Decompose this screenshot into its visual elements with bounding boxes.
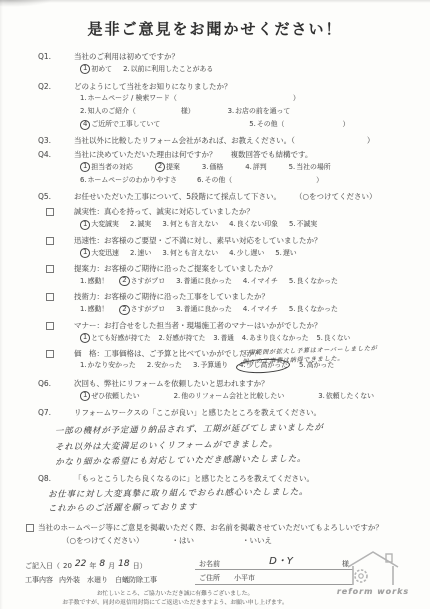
name-label: お名前 (199, 560, 220, 569)
work-content: 工事内容 内外装 水廻り 白蟻防除工事 (25, 576, 195, 585)
option-label: イマイチ (250, 277, 277, 286)
thanks-line: お手数ですが、同封の返信用封筒にてご返送いただきますよう、お願い申し上げます。 (62, 600, 288, 606)
question-q1: Q1. 当社のご利用は初めてですか？ (38, 52, 430, 61)
option-label: 当社の場所 (296, 163, 330, 172)
option-label: 少し遅い (237, 249, 265, 258)
option-label: さすがプロ (131, 305, 165, 314)
option: 2.安かった (147, 361, 182, 370)
option-label: 予算通り (201, 361, 229, 370)
question-text: 当社以外に比較したリフォーム会社があれば、お教えください。（ (74, 136, 295, 145)
option-number: 1. (80, 94, 87, 103)
option-label: 大変迅速 (91, 249, 119, 258)
option: 3.何とも言えない (162, 220, 218, 229)
option: 4.あまり良くなかった (242, 334, 309, 342)
circled-number: 1 (80, 333, 90, 343)
checkbox-icon (26, 524, 34, 532)
option-number: 4. (243, 305, 250, 314)
question-number: Q4. (38, 150, 74, 159)
option-label: 普通に良かった (184, 277, 232, 286)
option-label: 良くない印象 (237, 220, 278, 229)
option: 1.かなり安かった (80, 361, 136, 370)
rating-options: 1.感動！ 2さすがプロ 3.普通に良かった 4.イマイチ 5.良くなかった (80, 276, 430, 286)
circled-number: 1 (80, 248, 90, 258)
option-label: 以前に利用したことがある (131, 65, 214, 74)
option-q1-2: 2.以前に利用したことがある (123, 65, 213, 74)
question-number: Q7. (38, 408, 74, 417)
date-label: ご記入日 (25, 562, 53, 571)
option-label: ご近所で工事していて (91, 120, 160, 129)
option-label: お店の前を通って (235, 107, 290, 116)
option-q6-2: 2.他のリフォーム会社と比較したい (174, 392, 285, 401)
option: 1大変誠実 (80, 220, 119, 230)
option-q4-6: 6.ホームページのわかりやすさ (80, 176, 177, 185)
handwriting-line: これからのご活躍を願っております (48, 503, 197, 515)
rating-item-price: 価 格：工事価格は、ご予算と比べていかがでしたか？ 工事範囲が拡大し予算はオーバ… (46, 349, 430, 358)
option-label: 不誠実 (297, 220, 318, 229)
option-number: 3. (228, 107, 235, 116)
close-paren: ） (316, 176, 323, 185)
question-note: （○をつけてください） (295, 192, 377, 201)
handwriting-line: それ以外は大変満足のいくリフォームができました。 (55, 439, 278, 452)
option-label: とても好感が持てた (91, 334, 150, 342)
option-q4-1: 1担当者の対応 (80, 162, 133, 172)
option-number: 6. (197, 176, 204, 185)
circled-number: 2 (119, 276, 129, 286)
option-label: 初めて (91, 65, 112, 74)
option-q4-3: 3.価格 (202, 163, 223, 172)
house-icon (343, 549, 403, 587)
handwritten-answer-q7: 一部の機材が予定通り納品されず、工期が延びてしまいましたが それ以外は大変満足の… (55, 420, 430, 472)
question-text: 当社のご利用は初めてですか？ (74, 52, 179, 61)
circled-number: 1 (80, 220, 90, 230)
rating-item-manner: マナー：お打合せをした担当者・現場施工者のマナーはいかがでしたか？ (46, 321, 430, 330)
option-number: 5. (249, 120, 256, 129)
option-number: 2. (174, 392, 181, 401)
handwritten-year: 22 (75, 559, 86, 570)
question-text: 次回も、弊社にリフォームを依頼したいと思われますか？ (74, 379, 269, 388)
consent-no: ・いいえ (242, 536, 272, 545)
handwritten-day: 18 (118, 559, 129, 570)
circled-number: 2 (119, 305, 129, 315)
q2-options-line1: 1.ホームページ / 検索ワード（） (80, 94, 430, 103)
option-number: 3. (318, 392, 325, 401)
option-number: 2. (123, 65, 130, 74)
question-q3: Q3. 当社以外に比較したリフォーム会社があれば、お教えください。（ ） (38, 136, 430, 145)
consent-text: 当社のホームページ等にご意見を掲載いただく際、お名前を掲載させていただいてもよろ… (38, 523, 383, 532)
option-number: 4. (229, 220, 236, 229)
option-number: 5. (289, 277, 296, 286)
address-label: ご住所 (199, 574, 220, 583)
option-q6-3: 3.依頼したくない (318, 392, 374, 401)
option: 3.普通に良かった (176, 277, 232, 286)
address-field: ご住所 小平市 (195, 574, 353, 585)
option-label: 大変誠実 (91, 220, 119, 229)
circled-number: 1 (80, 162, 90, 172)
paren: （ (53, 562, 60, 571)
option-label: 普通に良かった (184, 305, 232, 314)
option: 1.感動！ (80, 305, 108, 314)
option-q2-5: 5.その他（） (249, 120, 349, 129)
footer-row-work-address: 工事内容 内外装 水廻り 白蟻防除工事 ご住所 小平市 (25, 574, 355, 585)
option: 5.良くなかった (289, 277, 338, 286)
option-label: さすがプロ (131, 277, 165, 286)
circled-number: 4 (80, 120, 90, 130)
option-number: 3. (162, 249, 169, 258)
option-label: 速い (138, 249, 152, 258)
option-number: 3. (176, 305, 183, 314)
date-century: 20 (63, 562, 72, 571)
item-name: 迅速性： (74, 236, 104, 245)
rating-item-proposal: 提案力：お客様のご期待に沿ったご提案をしていましたか？ (46, 264, 430, 273)
option-number: 2. (80, 107, 87, 116)
question-number: Q2. (38, 82, 74, 91)
option-q4-2: 2提案 (155, 162, 180, 172)
annotation-line: 個々の工事費は納得できました。 (242, 355, 344, 366)
gear-icon (355, 570, 367, 582)
option-number: 3. (213, 334, 219, 342)
option: 4.少し遅い (229, 249, 264, 258)
close-paren: ） (367, 136, 375, 145)
item-text: お客様のご期待に沿った工事をしていましたか？ (104, 292, 269, 301)
option: 5.不誠実 (289, 220, 317, 229)
option-label: 遅い (283, 249, 297, 258)
question-note: 複数回答でも結構です。 (231, 150, 313, 159)
thanks-line: お忙しいところ、ご協力いただき誠に有難うございました。 (97, 591, 254, 597)
checkbox-icon (46, 350, 54, 358)
option-number: 5. (289, 220, 296, 229)
option: 3.予算通り (193, 361, 228, 370)
reform-works-logo: reform works (332, 549, 414, 597)
q2-options-line3: 4ご近所で工事していて 5.その他（） (80, 120, 430, 130)
item-text: 工事価格は、ご予算と比べていかがでしたか？ (104, 349, 262, 358)
option-number: 5. (289, 163, 296, 172)
close-paren: ） (293, 94, 300, 103)
blank-field (295, 136, 367, 145)
option-label: 感動！ (88, 305, 109, 314)
question-number: Q6. (38, 379, 74, 388)
month-unit: 月 (108, 562, 115, 571)
option-label: かなり安かった (88, 361, 136, 370)
option-number: 1. (80, 305, 87, 314)
circled-number: 1 (80, 391, 90, 401)
question-text: お任せいただいた工事について、5段階にて採点して下さい。 (74, 192, 281, 201)
work-value: 内外装 水廻り 白蟻防除工事 (59, 576, 157, 585)
option-label: ホームページ / 検索ワード（ (88, 94, 177, 103)
item-name: マナー： (74, 321, 104, 330)
option-label: 良くなかった (297, 277, 338, 286)
option-number: 4. (242, 334, 248, 342)
circled-number: 1 (80, 64, 90, 74)
close-paren: ） (342, 120, 349, 129)
option-number: 2. (147, 361, 154, 370)
rating-options: 1.感動！ 2さすがプロ 3.普通に良かった 4.イマイチ 5.良くなかった (80, 305, 430, 315)
option-label: 担当者の対応 (91, 163, 132, 172)
option-label: 提案 (166, 163, 180, 172)
handwritten-answer-q8: お仕事に対し大変真摯に取り組んでおられ感心いたしました。 これからのご活躍を願っ… (48, 484, 430, 516)
option-q4-7: 6.その他（） (197, 176, 323, 185)
option-label: ぜひ依頼したい (91, 392, 139, 401)
question-q4: Q4. 当社に決めていただいた理由は何ですか？ 複数回答でも結構です。 (38, 150, 430, 159)
item-text: お打合せをした担当者・現場施工者のマナーはいかがでしたか？ (104, 321, 322, 330)
name-field: お名前 D・Y 様 (195, 556, 353, 571)
option: 3.普通 (213, 334, 233, 342)
checkbox-icon (46, 322, 54, 330)
option: 4.良くない印象 (229, 220, 278, 229)
option: 1とても好感が持てた (80, 333, 151, 343)
option-q2-2: 2.知人のご紹介（様） (80, 107, 195, 116)
rating-options: 1とても好感が持てた 2.好感が持てた 3.普通 4.あまり良くなかった 5.良… (80, 333, 430, 343)
consent-yes: ・はい (172, 536, 195, 545)
option-label: 価格 (209, 163, 223, 172)
option-label: 普通 (221, 334, 234, 342)
option-label: 依頼したくない (326, 392, 374, 401)
option-label: 評判 (253, 163, 267, 172)
option-number: 5. (289, 305, 296, 314)
handwriting-line: お仕事に対し大変真摯に取り組んでおられ感心いたしました。 (48, 487, 308, 500)
question-q6: Q6. 次回も、弊社にリフォームを依頼したいと思われますか？ (38, 379, 430, 388)
question-number: Q3. (38, 136, 74, 145)
handwritten-name: D・Y (269, 556, 293, 569)
thanks-note: お忙しいところ、ご協力いただき誠に有難うございました。 お手数ですが、同封の返信… (25, 590, 325, 608)
item-text: 真心を持って、誠実に対応していましたか？ (104, 207, 254, 216)
checkbox-icon (46, 293, 54, 301)
option-q2-1: 1.ホームページ / 検索ワード（） (80, 94, 300, 103)
option-label: 他のリフォーム会社と比較したい (181, 392, 284, 401)
item-name: 技術力： (74, 292, 104, 301)
option-label: 安かった (154, 361, 182, 370)
consent-options: （○をつけてください） ・はい ・いいえ (62, 536, 430, 545)
rating-item-technique: 技術力：お客様のご期待に沿った工事をしていましたか？ (46, 292, 430, 301)
option: 5.遅い (275, 249, 296, 258)
option-number: 3. (162, 220, 169, 229)
work-label: 工事内容 (25, 576, 53, 585)
option-number: 5. (275, 249, 282, 258)
q2-options-line2: 2.知人のご紹介（様） 3.お店の前を通って (80, 107, 430, 116)
item-name: 提案力： (74, 264, 104, 273)
checkbox-icon (46, 265, 54, 273)
q4-options-line1: 1担当者の対応 2提案 3.価格 4.評判 5.当社の場所 (80, 162, 430, 172)
option: 1大変迅速 (80, 248, 119, 258)
option: 2さすがプロ (119, 276, 165, 286)
question-number: Q8. (38, 474, 74, 483)
option: 5.良くない (317, 334, 351, 342)
question-text: リフォームワークスの「ここが良い」と感じたところを教えてください。 (74, 408, 321, 417)
option-q6-1: 1ぜひ依頼したい (80, 391, 140, 401)
handwritten-month: 8 (99, 559, 105, 570)
annotation-line: 工事範囲が拡大し予算はオーバーしましたが (242, 344, 378, 356)
option-q4-4: 4.評判 (245, 163, 266, 172)
option-number: 2. (159, 334, 165, 342)
option-label: イマイチ (250, 305, 277, 314)
question-text: 「もっとこうしたら良くなるのに」と感じたところを教えてください。 (74, 474, 314, 483)
year-unit: 年 (89, 562, 96, 571)
option: 2.速い (130, 249, 151, 258)
rating-item-speed: 迅速性：お客様のご要望・ご不満に対し、素早い対応をしていましたか？ (46, 236, 430, 245)
option-number: 2. (130, 249, 137, 258)
option-number: 4. (229, 249, 236, 258)
option-tail: 様） (181, 107, 195, 116)
option-q2-4: 4ご近所で工事していて (80, 120, 160, 130)
option: 5.良くなかった (289, 305, 338, 314)
option: 4.イマイチ (243, 305, 278, 314)
option-label: 良くない (324, 334, 350, 342)
option-label: 何とも言えない (170, 249, 218, 258)
day-unit: 日 (133, 562, 140, 571)
option-q1-1: 1初めて (80, 64, 112, 74)
option-label: その他（ (205, 176, 233, 185)
q4-options-line2: 6.ホームページのわかりやすさ 6.その他（） (80, 176, 430, 185)
option: 2.誠実 (130, 220, 151, 229)
page-title: 是非ご意見をお聞かせください！ (0, 0, 430, 39)
option-label: 知人のご紹介（ (88, 107, 136, 116)
checkbox-icon (46, 208, 54, 216)
option: 2さすがプロ (119, 305, 165, 315)
question-text: どのようにして当社をお知りになりましたか？ (74, 82, 232, 91)
rating-item-sincerity: 誠実性：真心を持って、誠実に対応していましたか？ (46, 207, 430, 216)
question-text: 当社に決めていただいた理由は何ですか？ (74, 150, 217, 159)
logo-text: reform works (332, 587, 414, 597)
consent-note: （○をつけてください） (62, 536, 144, 545)
address-value: 小平市 (234, 574, 255, 583)
option-number: 3. (176, 277, 183, 286)
option-number: 4. (245, 163, 252, 172)
question-q5: Q5. お任せいただいた工事について、5段階にて採点して下さい。 （○をつけてく… (38, 192, 430, 201)
circled-number: 2 (155, 162, 165, 172)
question-number: Q1. (38, 52, 74, 61)
option-label: 好感が持てた (166, 334, 206, 342)
rating-options: 1大変迅速 2.速い 3.何とも言えない 4.少し遅い 5.遅い (80, 248, 430, 258)
footer-row-date-name: ご記入日 （ 20 22 年 8 月 18 日 ） お名前 D・Y 様 (25, 556, 355, 571)
item-name: 誠実性： (74, 207, 104, 216)
rating-options: 1大変誠実 2.誠実 3.何とも言えない 4.良くない印象 5.不誠実 (80, 220, 430, 230)
item-name: 価 格： (74, 349, 104, 358)
option-number: 3. (193, 361, 200, 370)
option-q4-5: 5.当社の場所 (289, 163, 331, 172)
option: 1.感動！ (80, 277, 108, 286)
option-number: 3. (202, 163, 209, 172)
option-number: 6. (80, 176, 87, 185)
option-number: 1. (80, 277, 87, 286)
option: 2.好感が持てた (159, 334, 206, 342)
option-label: その他（ (257, 120, 285, 129)
option-number: 1. (80, 361, 87, 370)
option-label: あまり良くなかった (249, 334, 308, 342)
question-q7: Q7. リフォームワークスの「ここが良い」と感じたところを教えてください。 (38, 408, 430, 417)
option-number: 4. (243, 277, 250, 286)
checkbox-icon (46, 237, 54, 245)
option-label: 何とも言えない (170, 220, 218, 229)
option-label: 誠実 (138, 220, 152, 229)
questionnaire-sheet: 是非ご意見をお聞かせください！ Q1. 当社のご利用は初めてですか？ 1初めて … (0, 0, 430, 609)
option: 3.何とも言えない (162, 249, 218, 258)
item-text: お客様のご期待に沿ったご提案をしていましたか？ (104, 264, 277, 273)
option-number: 5. (317, 334, 323, 342)
option-label: 良くなかった (297, 305, 338, 314)
option: 4.イマイチ (243, 277, 278, 286)
option-number: 2. (130, 220, 137, 229)
q6-options: 1ぜひ依頼したい 2.他のリフォーム会社と比較したい 3.依頼したくない (80, 391, 430, 401)
handwriting-line: かなり細かな希望にも対応していただき感謝いたしました。 (55, 454, 306, 468)
option-q2-3: 3.お店の前を通って (228, 107, 291, 116)
option-label: ホームページのわかりやすさ (88, 176, 177, 185)
handwriting-line: 一部の機材が予定通り納品されず、工期が延びてしまいましたが (55, 423, 324, 437)
q1-options: 1初めて 2.以前に利用したことがある (80, 64, 430, 74)
question-number: Q5. (38, 192, 74, 201)
footer: ご記入日 （ 20 22 年 8 月 18 日 ） お名前 D・Y 様 工事内容… (25, 556, 355, 608)
option: 3.普通に良かった (176, 305, 232, 314)
option-label: 感動！ (88, 277, 109, 286)
fill-date: ご記入日 （ 20 22 年 8 月 18 日 ） (25, 559, 195, 570)
consent-question: 当社のホームページ等にご意見を掲載いただく際、お名前を掲載させていただいてもよろ… (26, 523, 430, 532)
item-text: お客様のご要望・ご不満に対し、素早い対応をしていましたか？ (104, 236, 322, 245)
question-q2: Q2. どのようにして当社をお知りになりましたか？ (38, 82, 430, 91)
question-q8: Q8. 「もっとこうしたら良くなるのに」と感じたところを教えてください。 (38, 474, 430, 483)
paren: ） (140, 562, 147, 571)
